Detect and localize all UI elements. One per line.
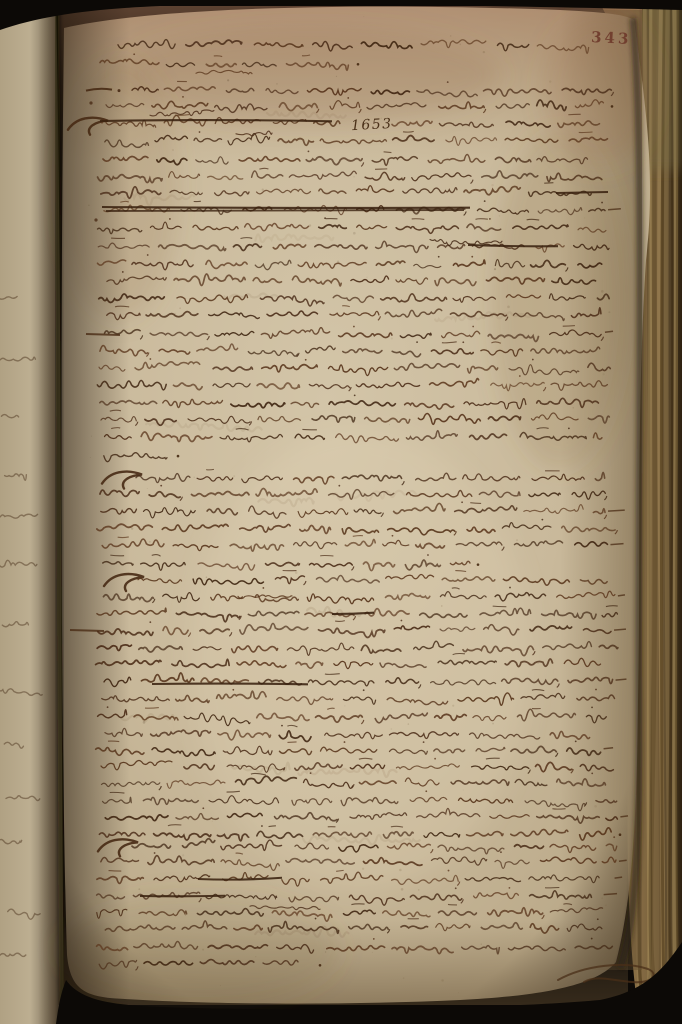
manuscript-scene: 343 1653 <box>0 0 682 1024</box>
page-number: 343 <box>591 28 632 48</box>
manuscript-photo: 343 1653 <box>0 0 682 1024</box>
facing-page-edge <box>0 0 64 1024</box>
gutter-shadow <box>58 0 130 1024</box>
year-inline: 1653 <box>351 116 393 134</box>
